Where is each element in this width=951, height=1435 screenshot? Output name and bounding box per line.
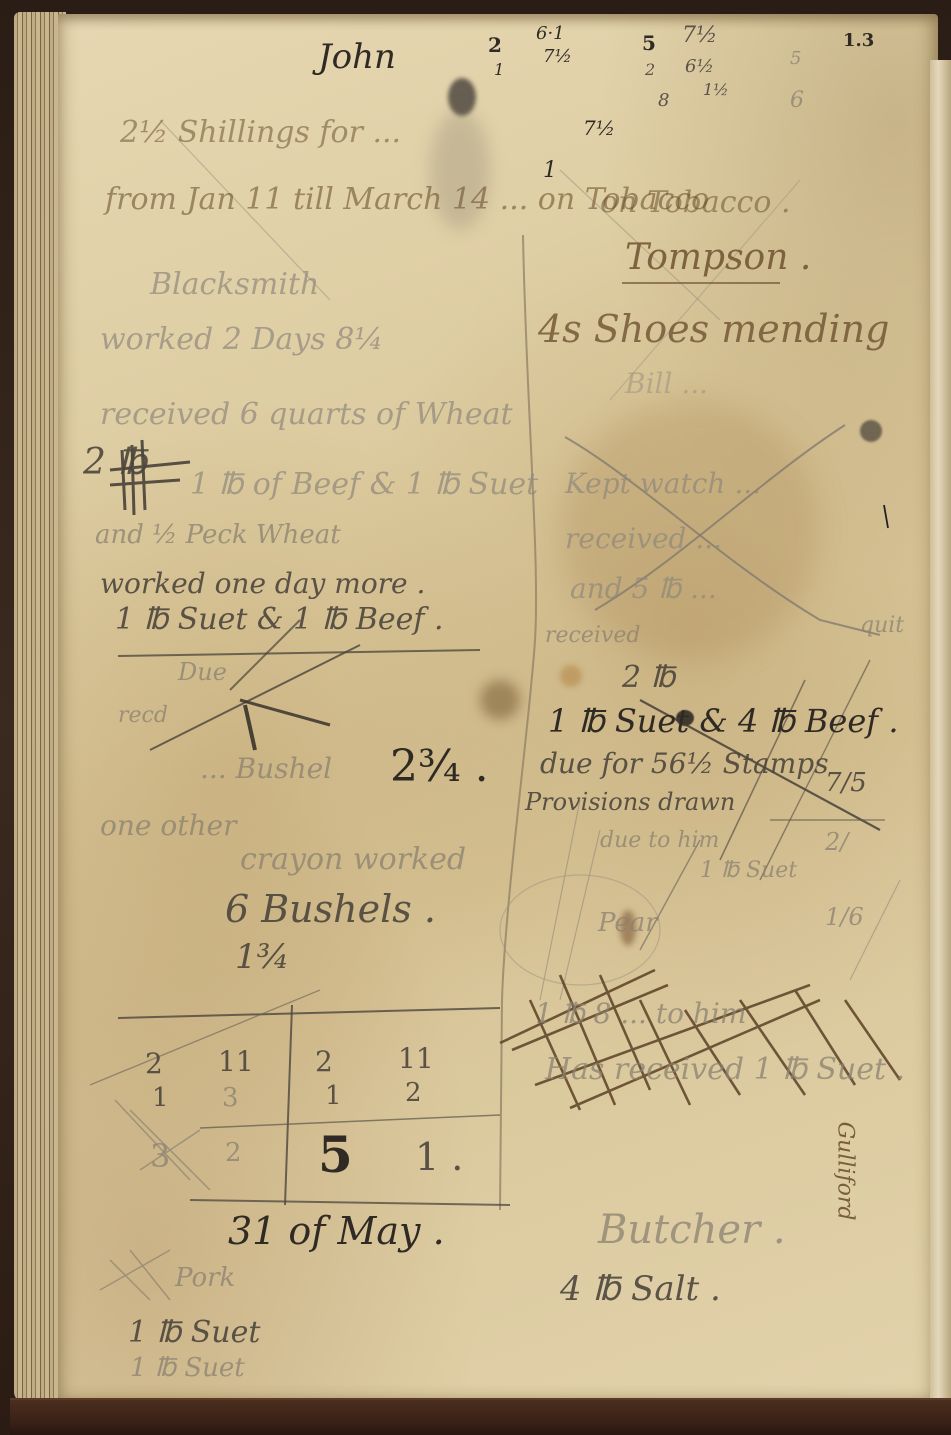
bushel-line: ... Bushel [200, 755, 332, 783]
name-john: John [318, 40, 396, 74]
top-figure: 7½ [583, 118, 615, 138]
right-page-edge [930, 60, 951, 1400]
ledger-cell: 1 [152, 1085, 169, 1111]
received-faint: received ... [565, 525, 722, 553]
received-short: recd [118, 705, 168, 727]
crosshatched-line: Has received 1 ℔ Suet . [545, 1055, 905, 1085]
one-other: one other [100, 812, 236, 840]
and-faint: and 5 ℔ ... [570, 575, 717, 603]
margin-fraction: 1/6 [825, 905, 864, 929]
top-figure: 5 [790, 50, 801, 68]
due-for-stamps: due for 56½ Stamps [540, 750, 829, 778]
top-figure: 8 [658, 92, 669, 110]
suet-entry: 1 ℔ Suet [128, 1318, 260, 1348]
top-figure: 5 [642, 33, 656, 53]
cover-bottom-edge [10, 1398, 951, 1435]
ledger-total: 1 . [415, 1138, 463, 1176]
ledger-cell: 2 [225, 1140, 242, 1166]
vertical-note: Gulliford [833, 1122, 855, 1221]
tally-mark: 2 ℔ [83, 445, 147, 481]
peck-wheat: and ½ Peck Wheat [95, 522, 341, 548]
suet-beef-right: 1 ℔ Suet & 4 ℔ Beef . [548, 705, 898, 737]
pork: Pork [175, 1265, 235, 1291]
shillings-line: 2½ Shillings for ... [120, 118, 401, 148]
due-label: Due [178, 660, 227, 684]
ledger-total: 5 [318, 1130, 353, 1180]
top-figure: 6 [790, 90, 804, 112]
date-31-may: 31 of May . [228, 1212, 445, 1250]
worked-one-day: worked one day more . [100, 570, 425, 598]
margin-fraction: 2/ [825, 830, 848, 854]
top-figure: 7½ [543, 48, 572, 66]
suet-faint-right: 1 ℔ Suet [700, 860, 797, 882]
ledger-cell: 2 [315, 1048, 333, 1076]
beef-suet-faint: 1 ℔ of Beef & 1 ℔ Suet [190, 470, 538, 500]
due-to-him: due to him [600, 830, 719, 852]
crayon-worked: crayon worked [240, 845, 466, 875]
top-figure: 1½ [703, 82, 729, 98]
received-label: received [545, 625, 640, 647]
received-wheat: received 6 quarts of Wheat [100, 400, 513, 430]
ledger-cell: 11 [398, 1045, 434, 1073]
crosshatched-line: 1 ℔ 8 ... to him [535, 1000, 746, 1028]
suet-entry: 1 ℔ Suet [130, 1355, 245, 1381]
worked-days: worked 2 Days 8¼ [100, 325, 383, 355]
tobacco-line: on Tobacco . [600, 188, 791, 218]
ledger-cell: 2 [145, 1050, 163, 1078]
top-figure: 7½ [682, 25, 717, 47]
top-figure: 1 [494, 62, 504, 78]
page-number: 1.3 [843, 32, 874, 50]
faint-line: Bill ... [625, 370, 708, 398]
provisions-drawn: Provisions drawn [525, 790, 735, 814]
shoes-mending: 4s Shoes mending [538, 310, 889, 348]
top-figure: 6½ [685, 58, 714, 76]
ledger-cell: 2 [405, 1080, 422, 1106]
ledger-cell: 1 [325, 1083, 342, 1109]
butcher: Butcher . [598, 1210, 786, 1250]
top-figure: 1 [543, 160, 557, 182]
ledger-cell: 11 [218, 1048, 254, 1076]
margin-fraction: 7/5 [825, 770, 867, 796]
top-figure: 2 [488, 35, 502, 55]
ledger-cell: 3 [150, 1140, 170, 1172]
one-three-quarters: 1¾ [235, 940, 290, 974]
name-tompson: Tompson . [625, 240, 811, 276]
ledger-cell: 3 [222, 1085, 239, 1111]
fraction-two-three-quarters: 2¾ . [390, 745, 489, 789]
blacksmith-heading: Blacksmith [150, 270, 319, 300]
bushels: 6 Bushels . [225, 890, 436, 928]
kept-watch: Kept watch ... [565, 470, 761, 498]
suet-beef: 1 ℔ Suet & 1 ℔ Beef . [115, 605, 444, 635]
faint-bottom: Pear [598, 910, 658, 936]
top-figure: 2 [645, 62, 655, 78]
two-lb: 2 ℔ [622, 663, 675, 693]
top-figure: 6·1 [536, 25, 565, 43]
quit: quit [860, 615, 904, 637]
salt: 4 ℔ Salt . [560, 1272, 721, 1306]
